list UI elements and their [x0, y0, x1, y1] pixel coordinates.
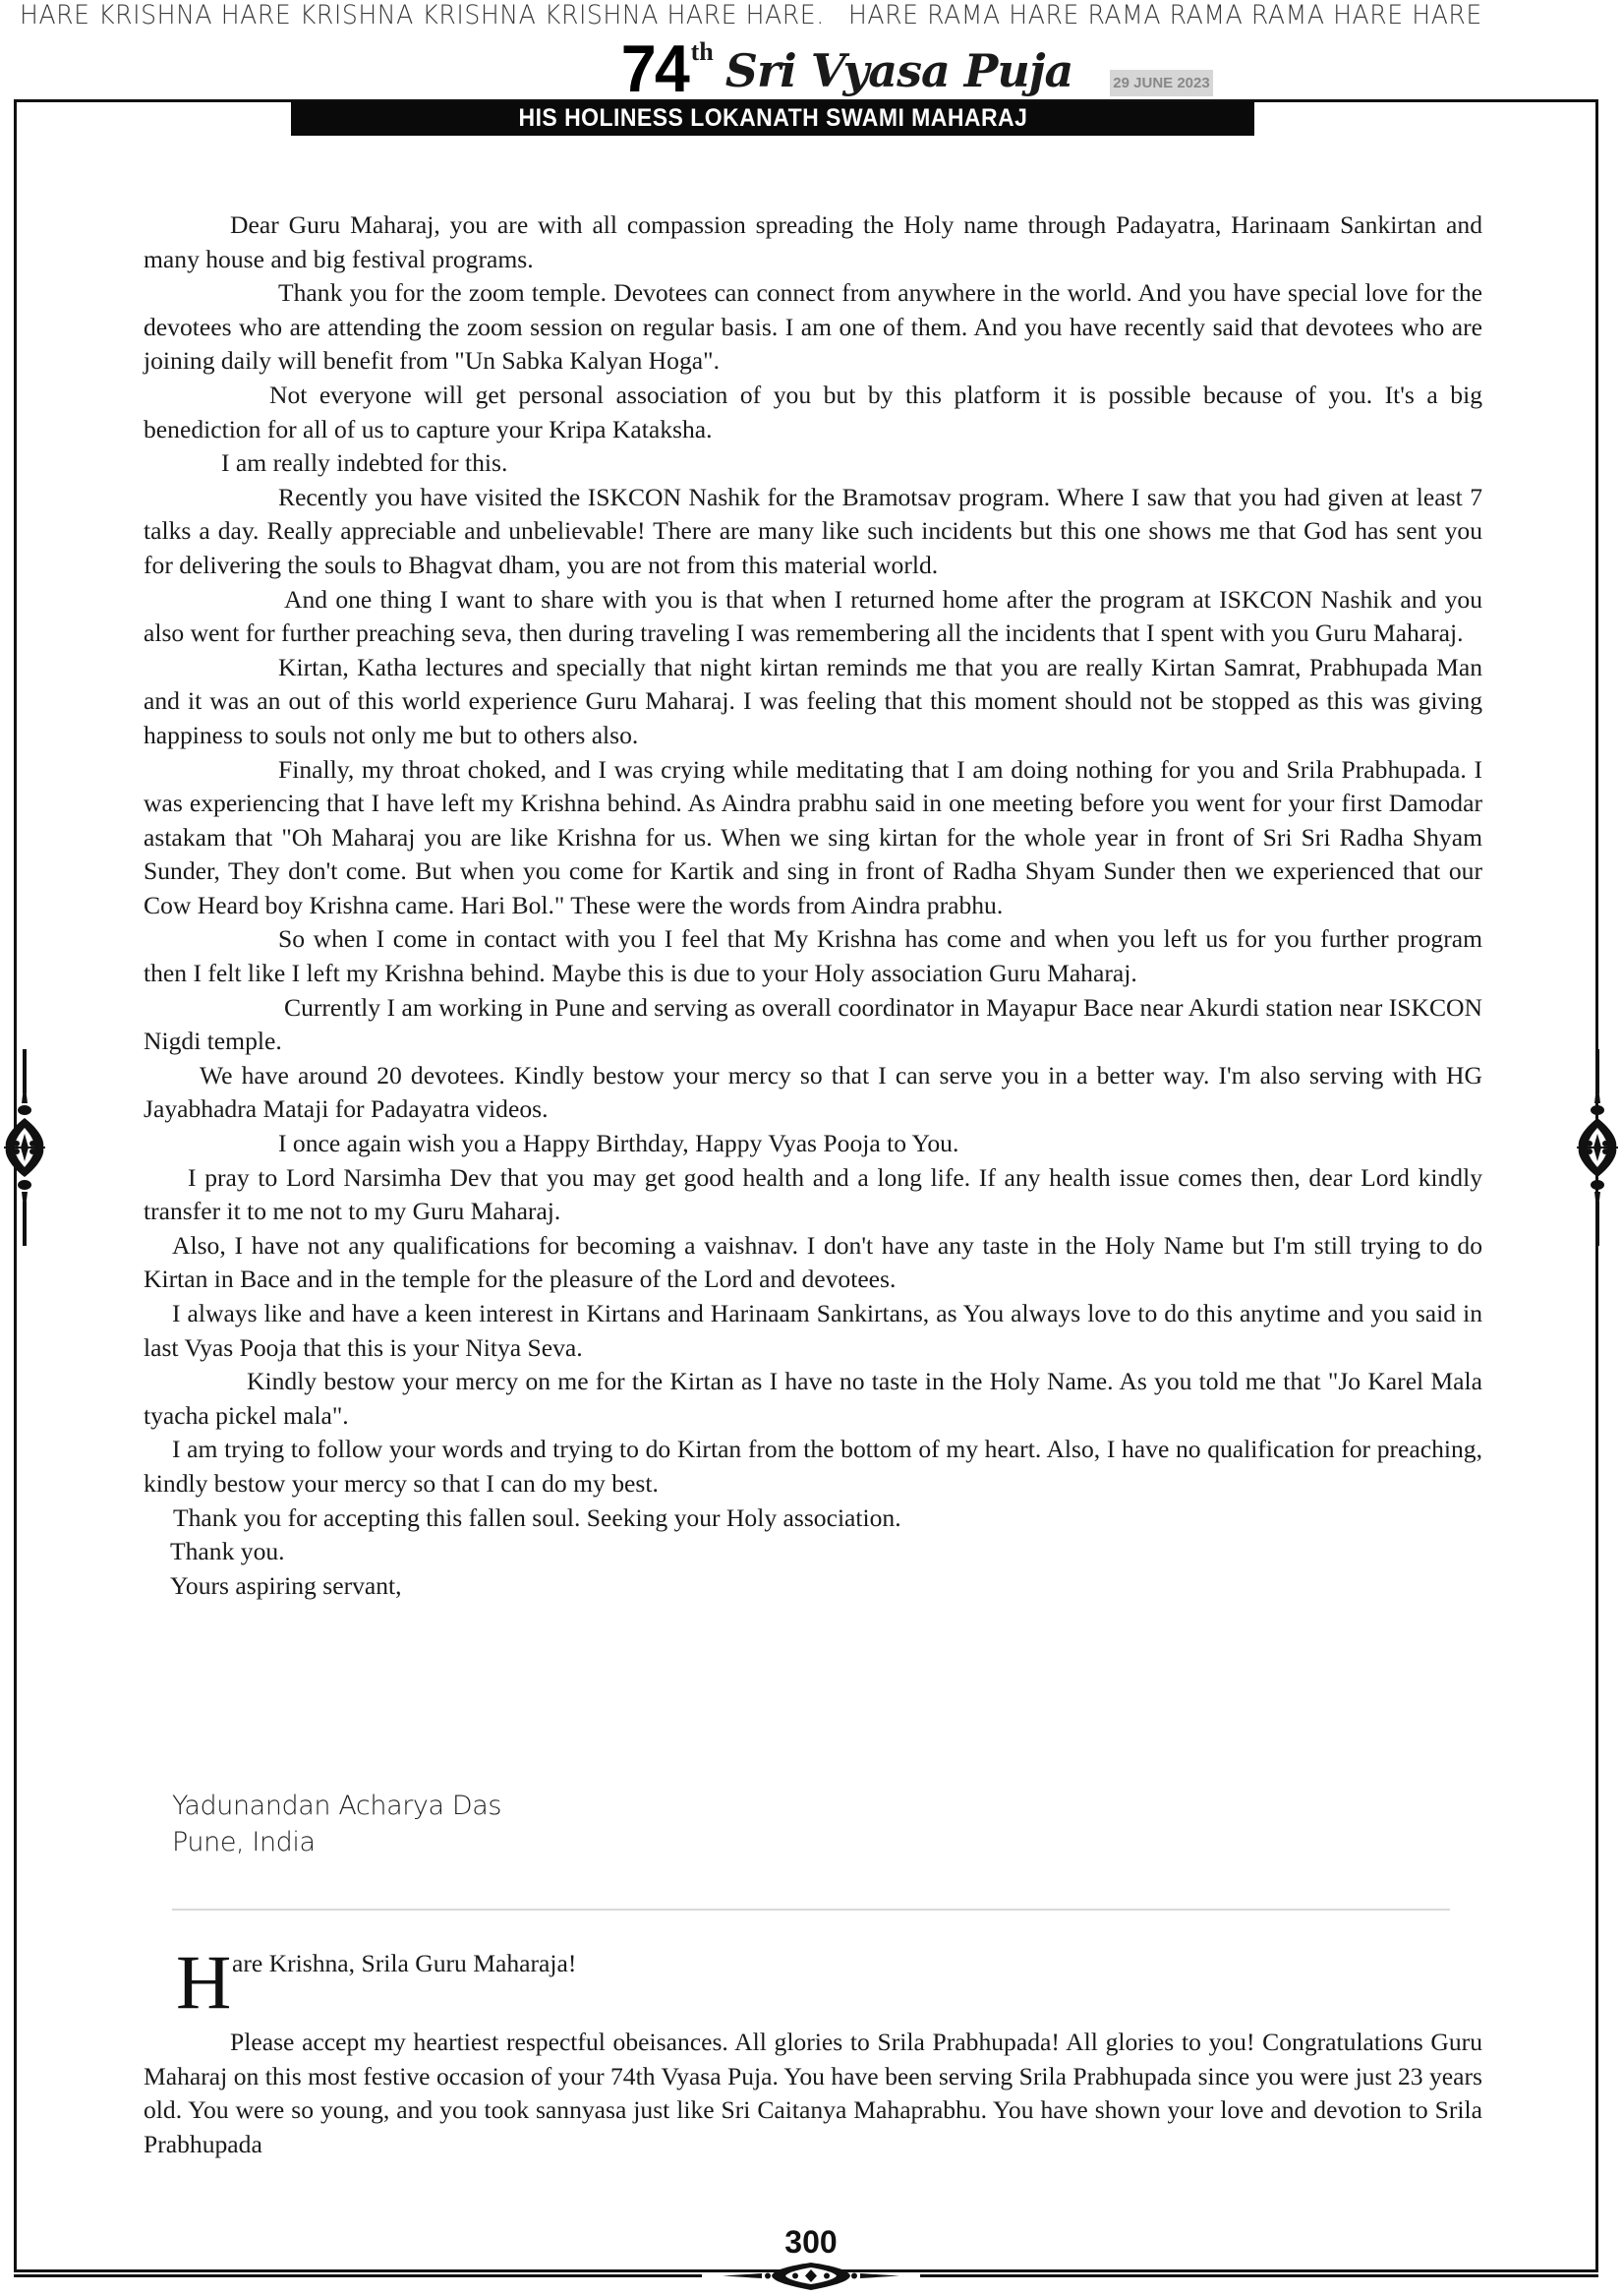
- title-suffix: th: [691, 37, 714, 67]
- paragraph: I pray to Lord Narsimha Dev that you may…: [144, 1161, 1482, 1229]
- paragraph: Thank you for the zoom temple. Devotees …: [144, 276, 1482, 379]
- filigree-ornament-icon: [703, 2262, 919, 2291]
- paragraph: Kindly bestow your mercy on me for the K…: [144, 1365, 1482, 1433]
- paragraph: I am trying to follow your words and try…: [144, 1433, 1482, 1501]
- paragraph: I am really indebted for this.: [144, 446, 1482, 481]
- paragraph: Currently I am working in Pune and servi…: [144, 991, 1482, 1059]
- bottom-rule-right: [920, 2274, 1598, 2277]
- greeting: are Krishna, Srila Guru Maharaja!: [232, 1947, 576, 1981]
- paragraph: I once again wish you a Happy Birthday, …: [144, 1127, 1482, 1161]
- mantra-right: HARE RAMA HARE RAMA RAMA RAMA HARE HARE: [848, 0, 1482, 30]
- mantra-header: HARE KRISHNA HARE KRISHNA KRISHNA KRISHN…: [20, 0, 1491, 33]
- section-divider: [172, 1909, 1450, 1911]
- paragraph: Kirtan, Katha lectures and specially tha…: [144, 651, 1482, 753]
- subtitle-text: HIS HOLINESS LOKANATH SWAMI MAHARAJ: [518, 101, 1027, 136]
- paragraph: Please accept my heartiest respectful ob…: [144, 2026, 1482, 2161]
- drop-cap: H: [176, 1953, 231, 2012]
- paragraph: We have around 20 devotees. Kindly besto…: [144, 1059, 1482, 1127]
- bottom-rule-left: [14, 2274, 702, 2277]
- closing-line: Thank you.: [144, 1535, 1482, 1569]
- letter-body: Dear Guru Maharaj, you are with all comp…: [144, 208, 1482, 1603]
- paragraph: So when I come in contact with you I fee…: [144, 922, 1482, 990]
- paragraph: Not everyone will get personal associati…: [144, 379, 1482, 446]
- paragraph: Finally, my throat choked, and I was cry…: [144, 753, 1482, 923]
- title-text: Sri Vyasa Puja: [725, 41, 1073, 100]
- signature-name: Yadunandan Acharya Das: [172, 1788, 501, 1824]
- mantra-left: HARE KRISHNA HARE KRISHNA KRISHNA KRISHN…: [20, 0, 825, 30]
- paragraph: Dear Guru Maharaj, you are with all comp…: [144, 208, 1482, 276]
- page-title: 74thSri Vyasa Puja: [619, 39, 1072, 98]
- page-number: 300: [762, 2224, 860, 2261]
- signature: Yadunandan Acharya Das Pune, India: [172, 1788, 501, 1860]
- filigree-ornament-icon: [1573, 1049, 1622, 1246]
- paragraph: Recently you have visited the ISKCON Nas…: [144, 481, 1482, 583]
- paragraph: Also, I have not any qualifications for …: [144, 1229, 1482, 1297]
- date-badge: 29 JUNE 2023: [1110, 70, 1213, 96]
- filigree-ornament-icon: [0, 1049, 49, 1246]
- title-number: 74: [621, 39, 688, 98]
- subtitle-bar: HIS HOLINESS LOKANATH SWAMI MAHARAJ: [291, 101, 1254, 136]
- closing-line: Yours aspiring servant,: [144, 1569, 1482, 1604]
- paragraph: Thank you for accepting this fallen soul…: [144, 1501, 1482, 1536]
- signature-location: Pune, India: [172, 1824, 501, 1860]
- paragraph: I always like and have a keen interest i…: [144, 1297, 1482, 1365]
- paragraph: And one thing I want to share with you i…: [144, 583, 1482, 651]
